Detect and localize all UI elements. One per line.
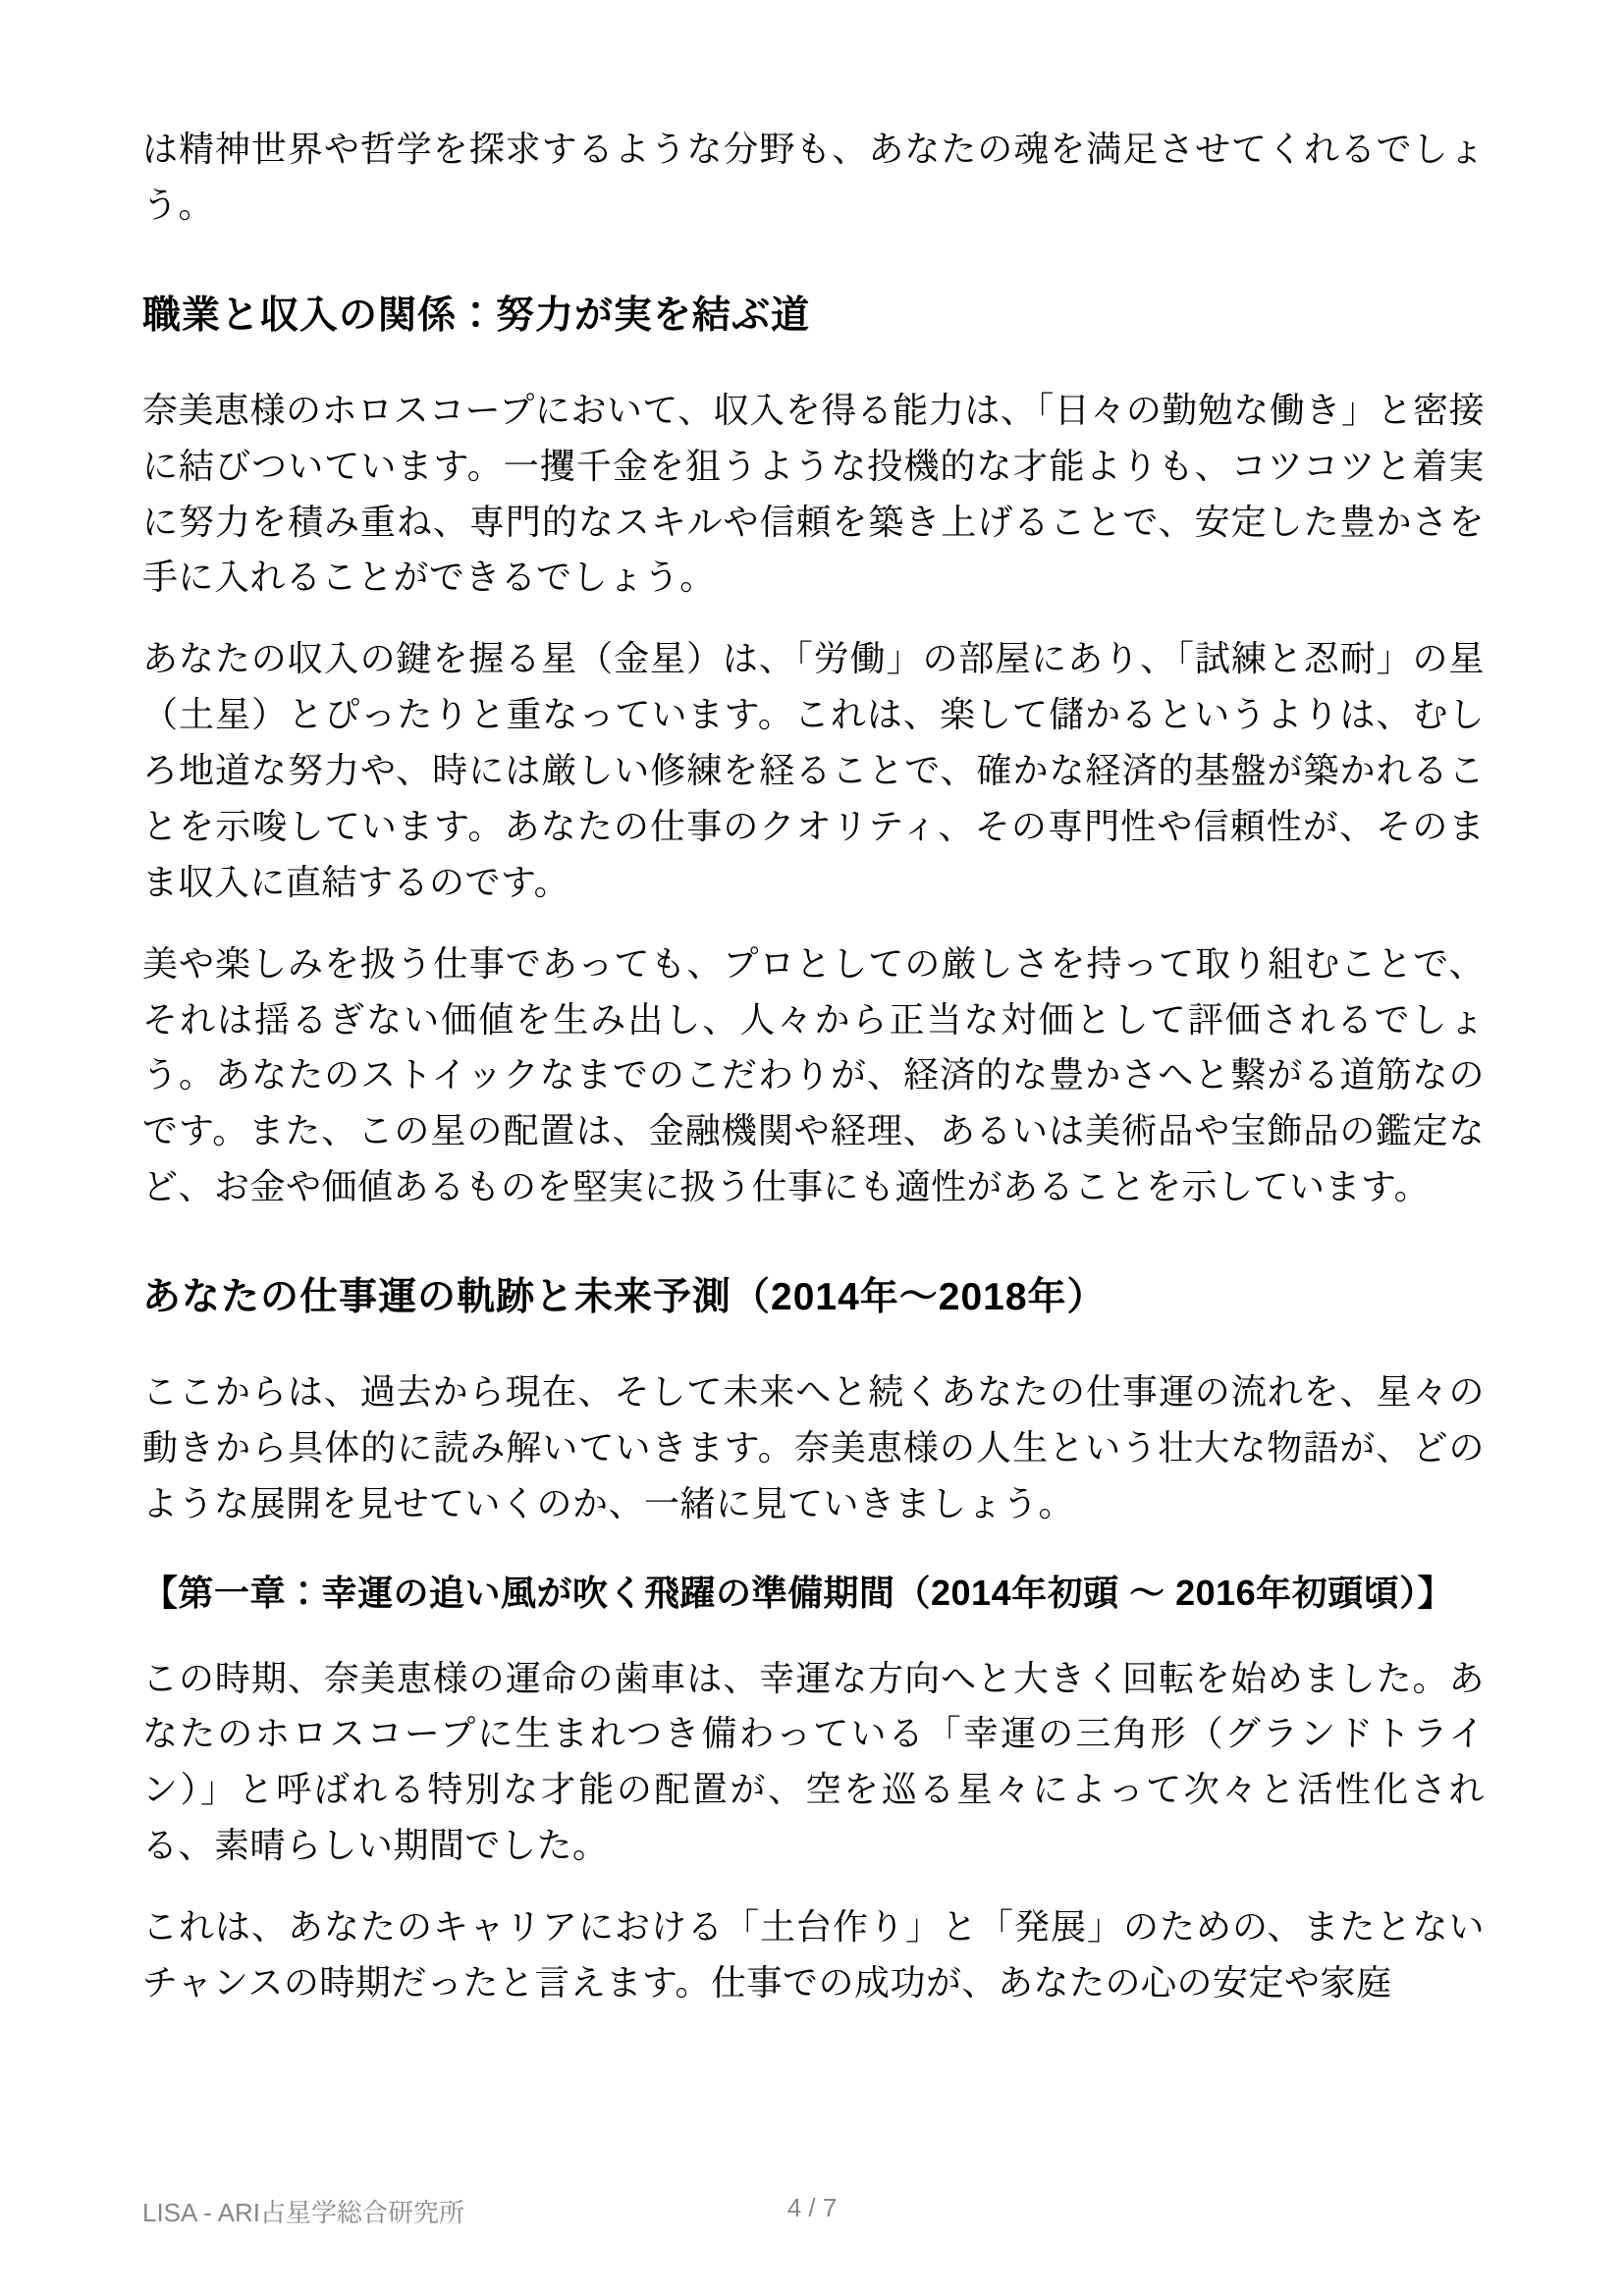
paragraph: 奈美恵様のホロスコープにおいて、収入を得る能力は、「日々の勤勉な働き」と密接に結… [142,383,1485,607]
paragraph: この時期、奈美恵様の運命の歯車は、幸運な方向へと大きく回転を始めました。あなたの… [142,1651,1485,1875]
chapter-heading-first-chapter: 【第一章：幸運の追い風が吹く飛躍の準備期間（2014年初頭 〜 2016年初頭頃… [142,1566,1485,1622]
paragraph: 美や楽しみを扱う仕事であっても、プロとしての厳しさを持って取り組むことで、それは… [142,936,1485,1215]
section-heading-work-forecast: あなたの仕事運の軌跡と未来予測（2014年〜2018年） [142,1266,1485,1321]
footer-page-indicator: 4 / 7 [0,2193,1624,2223]
document-body: は精神世界や哲学を探求するような分野も、あなたの魂を満足させてくれるでしょう。 … [0,0,1624,2037]
paragraph: ここからは、過去から現在、そして未来へと続くあなたの仕事運の流れを、星々の動きか… [142,1364,1485,1532]
paragraph-intro-continuation: は精神世界や哲学を探求するような分野も、あなたの魂を満足させてくれるでしょう。 [142,122,1485,234]
document-page: は精神世界や哲学を探求するような分野も、あなたの魂を満足させてくれるでしょう。 … [0,0,1624,2296]
page-footer: LISA - ARI占星学総合研究所 4 / 7 [0,2193,1624,2232]
paragraph: これは、あなたのキャリアにおける「土台作り」と「発展」のための、またとないチャン… [142,1899,1485,2011]
paragraph: あなたの収入の鍵を握る星（金星）は、「労働」の部屋にあり、「試練と忍耐」の星（土… [142,631,1485,910]
section-heading-career-income: 職業と収入の関係：努力が実を結ぶ道 [142,285,1485,340]
